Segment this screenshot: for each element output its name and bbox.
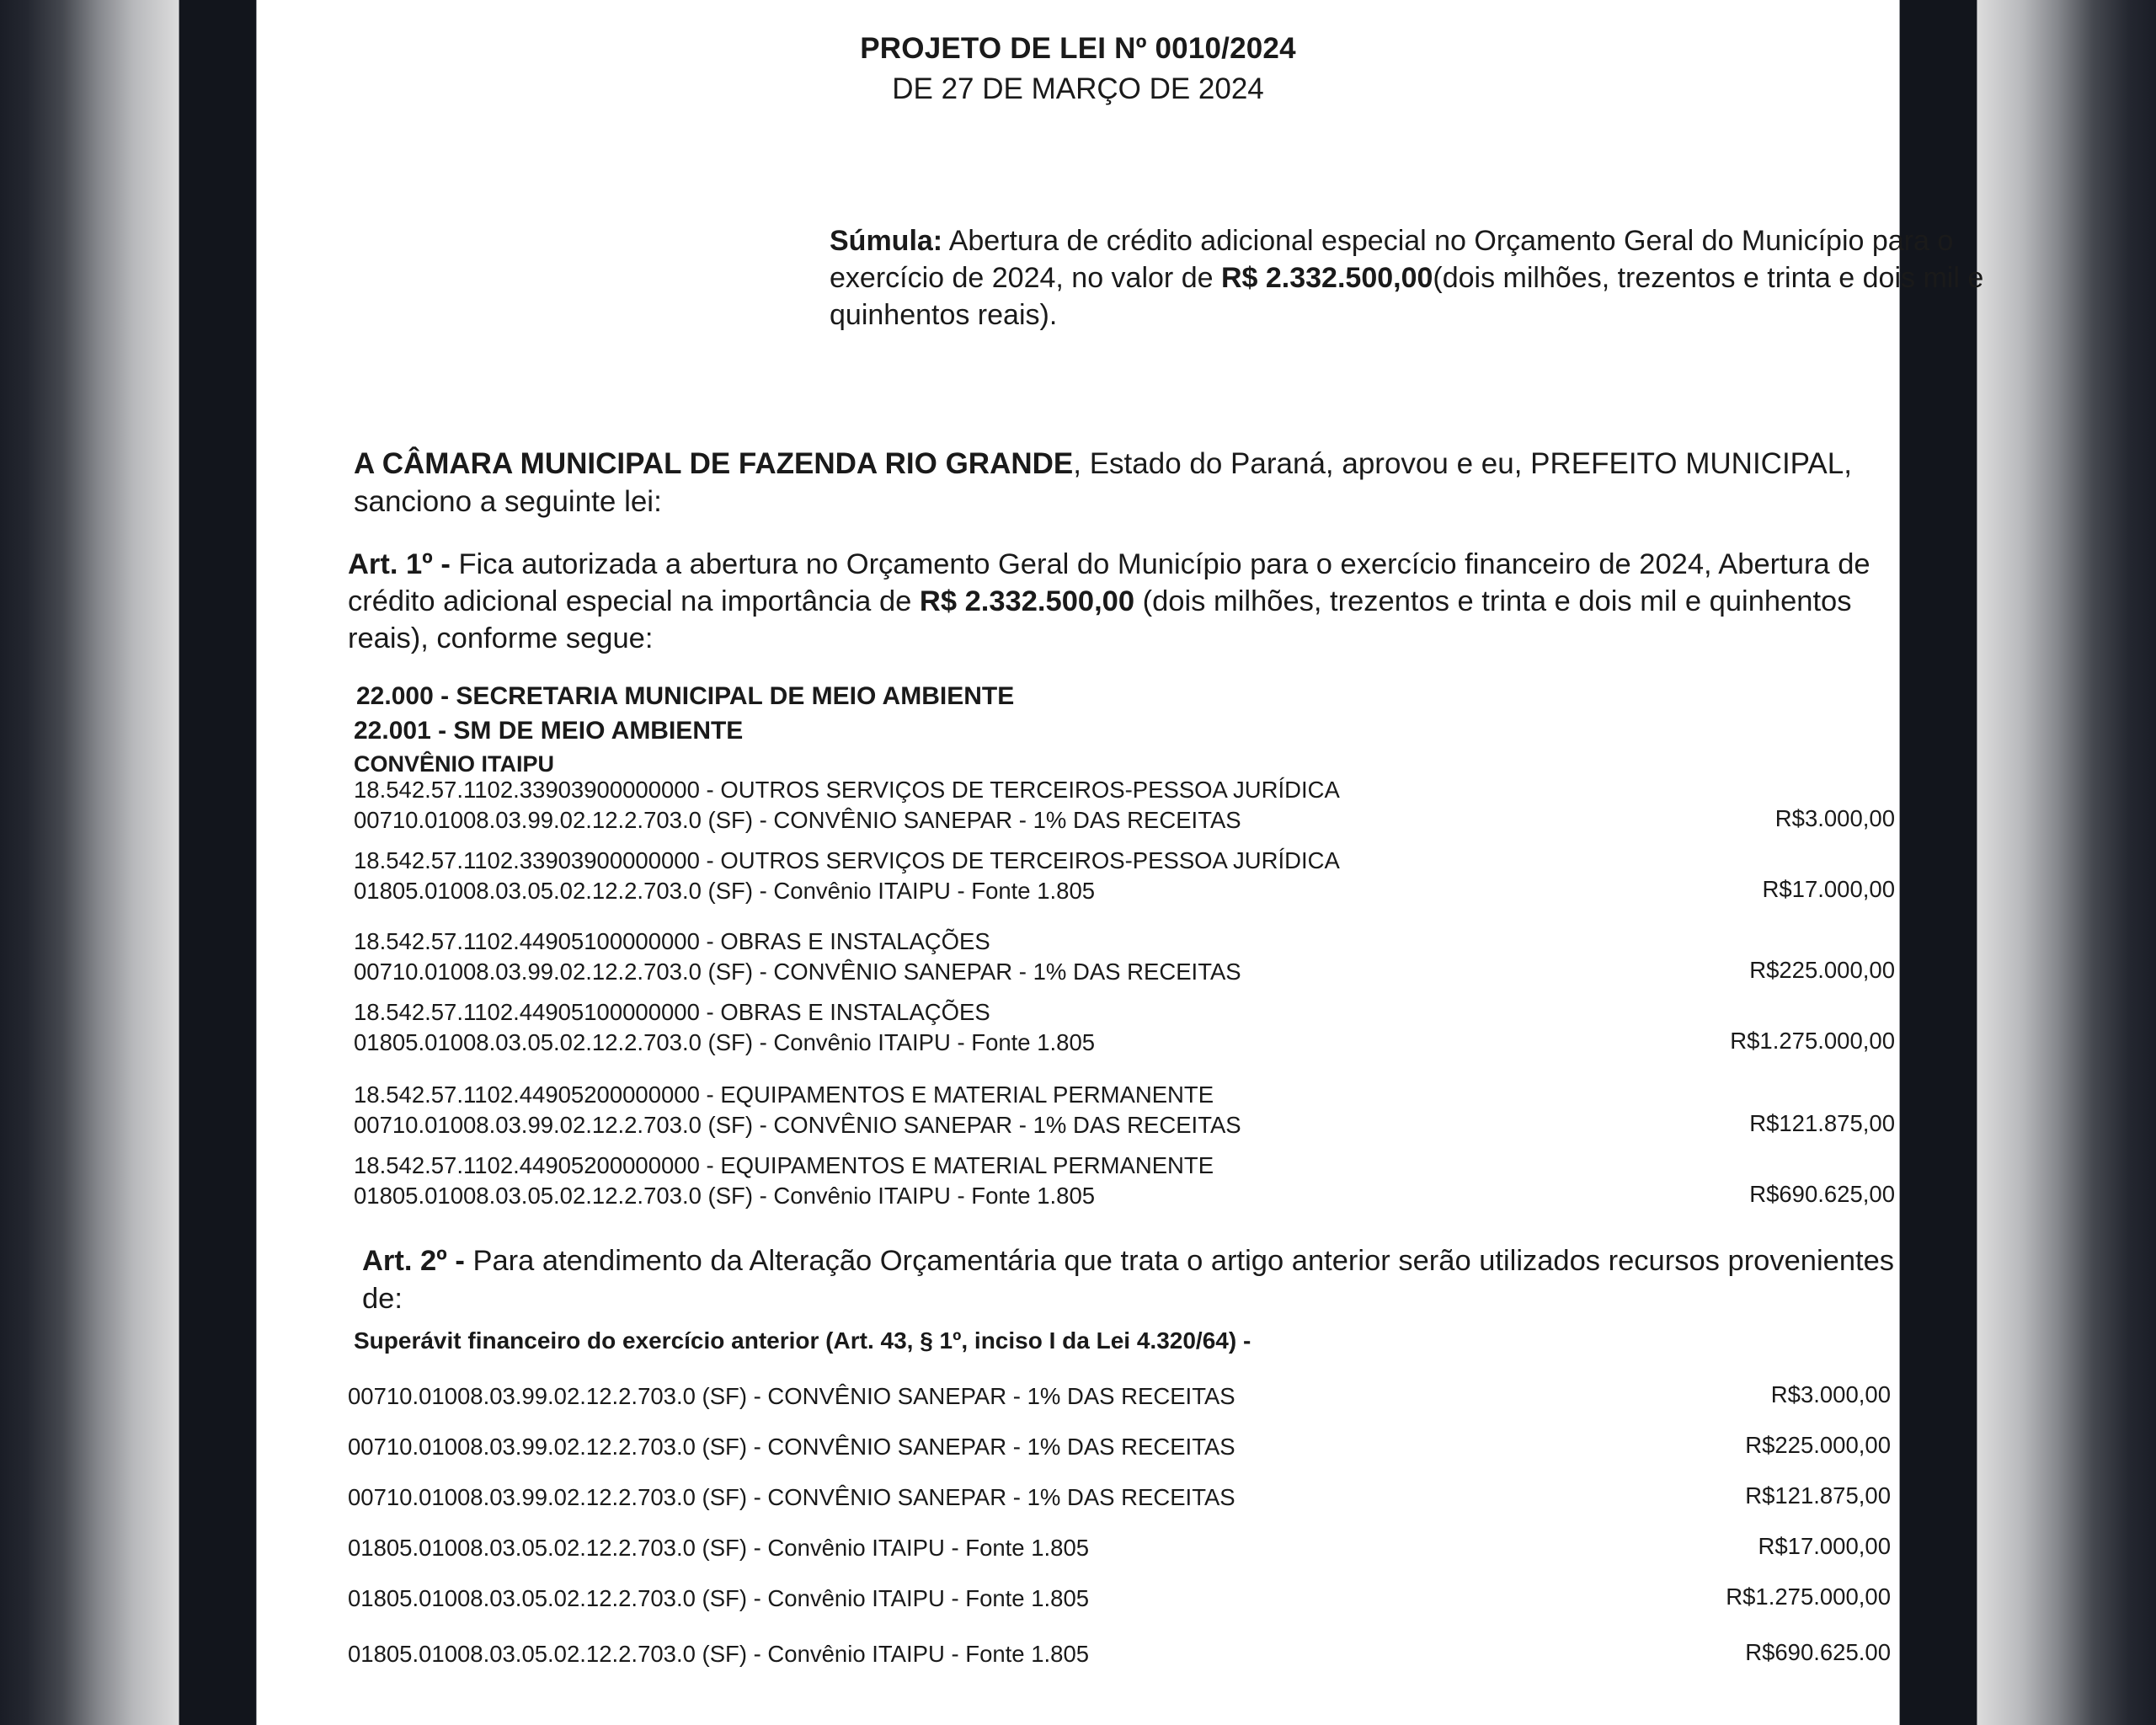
budget-source: 00710.01008.03.99.02.12.2.703.0 (SF) - C… (354, 959, 1241, 985)
document-title: PROJETO DE LEI Nº 0010/2024 (257, 32, 1899, 66)
funding-source: 01805.01008.03.05.02.12.2.703.0 (SF) - C… (348, 1535, 1089, 1562)
funding-value: R$17.000,00 (1638, 1533, 1891, 1560)
funding-source: 00710.01008.03.99.02.12.2.703.0 (SF) - C… (348, 1434, 1235, 1461)
budget-account: 18.542.57.1102.44905100000000 - OBRAS E … (354, 999, 990, 1026)
document-date: DE 27 DE MARÇO DE 2024 (257, 72, 1899, 106)
article-1: Art. 1º - Fica autorizada a abertura no … (348, 546, 1902, 657)
budget-value: R$17.000,00 (1642, 876, 1895, 903)
budget-account: 18.542.57.1102.33903900000000 - OUTROS S… (354, 777, 1340, 804)
org-heading: 22.000 - SECRETARIA MUNICIPAL DE MEIO AM… (356, 682, 1014, 711)
funding-source: 01805.01008.03.05.02.12.2.703.0 (SF) - C… (348, 1641, 1089, 1668)
budget-account: 18.542.57.1102.44905200000000 - EQUIPAME… (354, 1152, 1214, 1179)
funding-source: 01805.01008.03.05.02.12.2.703.0 (SF) - C… (348, 1585, 1089, 1612)
sumula-amount: R$ 2.332.500,00 (1221, 262, 1433, 294)
budget-account: 18.542.57.1102.33903900000000 - OUTROS S… (354, 847, 1340, 874)
funding-source: 00710.01008.03.99.02.12.2.703.0 (SF) - C… (348, 1484, 1235, 1511)
article-1-label: Art. 1º - (348, 548, 458, 580)
article-2-label: Art. 2º - (362, 1245, 472, 1277)
funding-value: R$121.875,00 (1638, 1482, 1891, 1509)
article-2: Art. 2º - Para atendimento da Alteração … (362, 1242, 1903, 1318)
unit-heading: 22.001 - SM DE MEIO AMBIENTE (354, 717, 743, 745)
left-background-gradient (0, 0, 179, 1725)
funding-value: R$225.000,00 (1638, 1432, 1891, 1459)
budget-source: 00710.01008.03.99.02.12.2.703.0 (SF) - C… (354, 1112, 1241, 1139)
preamble-bold: A CÂMARA MUNICIPAL DE FAZENDA RIO GRANDE (354, 447, 1073, 480)
budget-source: 01805.01008.03.05.02.12.2.703.0 (SF) - C… (354, 878, 1095, 905)
program-heading: CONVÊNIO ITAIPU (354, 751, 554, 777)
budget-source: 01805.01008.03.05.02.12.2.703.0 (SF) - C… (354, 1029, 1095, 1056)
budget-value: R$3.000,00 (1642, 805, 1895, 832)
funding-value: R$1.275.000,00 (1638, 1583, 1891, 1610)
funding-value: R$3.000,00 (1638, 1381, 1891, 1408)
budget-value: R$1.275.000,00 (1642, 1028, 1895, 1055)
sumula: Súmula: Abertura de crédito adicional es… (830, 222, 2068, 334)
budget-account: 18.542.57.1102.44905200000000 - EQUIPAME… (354, 1081, 1214, 1108)
budget-source: 01805.01008.03.05.02.12.2.703.0 (SF) - C… (354, 1183, 1095, 1210)
article-1-amount: R$ 2.332.500,00 (920, 585, 1134, 617)
budget-source: 00710.01008.03.99.02.12.2.703.0 (SF) - C… (354, 807, 1241, 834)
funding-title: Superávit financeiro do exercício anteri… (354, 1327, 1251, 1354)
document-page: PROJETO DE LEI Nº 0010/2024 DE 27 DE MAR… (257, 0, 1899, 1725)
left-dark-border (179, 0, 257, 1725)
budget-value: R$121.875,00 (1642, 1110, 1895, 1137)
sumula-label: Súmula: (830, 225, 942, 257)
budget-value: R$225.000,00 (1642, 957, 1895, 984)
funding-source: 00710.01008.03.99.02.12.2.703.0 (SF) - C… (348, 1383, 1235, 1410)
preamble: A CÂMARA MUNICIPAL DE FAZENDA RIO GRANDE… (354, 445, 1903, 521)
budget-account: 18.542.57.1102.44905100000000 - OBRAS E … (354, 928, 990, 955)
article-2-text: Para atendimento da Alteração Orçamentár… (362, 1245, 1894, 1315)
funding-value: R$690.625.00 (1638, 1639, 1891, 1666)
budget-value: R$690.625,00 (1642, 1181, 1895, 1208)
